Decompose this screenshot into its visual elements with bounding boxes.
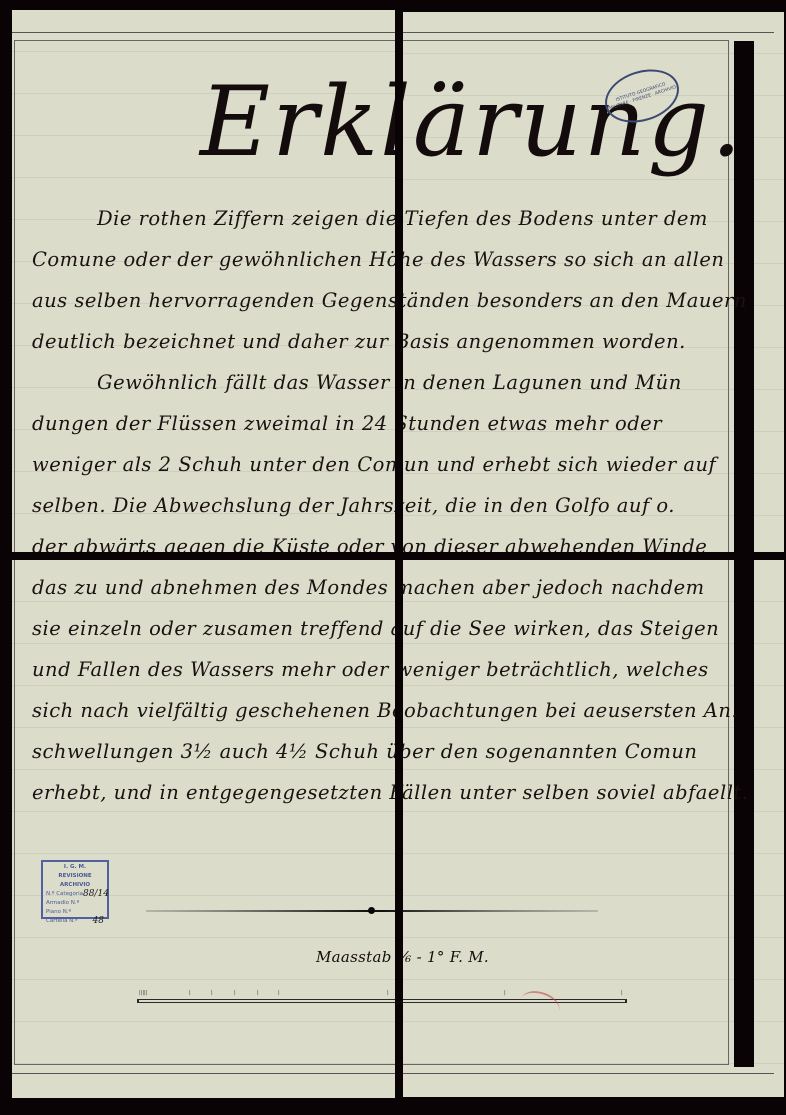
stamp-row-armadio: Armadio N.º — [46, 899, 104, 908]
text-line: der abwärts gegen die Küste oder von die… — [32, 526, 732, 567]
stamp-row-value: 88/14 — [83, 890, 109, 899]
text-line: das zu und abnehmen des Mondes machen ab… — [32, 567, 732, 608]
text-line: aus selben hervorragenden Gegenständen b… — [32, 280, 732, 321]
text-line: weniger als 2 Schuh unter den Comun und … — [32, 444, 732, 485]
ornamental-divider — [146, 909, 598, 913]
text-line: sie einzeln oder zusamen treffend auf di… — [32, 608, 732, 649]
text-line: deutlich bezeichnet und daher zur Basis … — [32, 321, 732, 362]
stamp-row-categoria: N.º Categoria 88/14 — [46, 890, 104, 899]
paragraph-2: Gewöhnlich fällt das Wasser in denen Lag… — [32, 362, 732, 813]
text-line: erhebt, und in entgegengesetzten Fällen … — [32, 772, 732, 813]
stamp-subheader: REVISIONE ARCHIVIO — [46, 872, 104, 890]
text-line: Die rothen Ziffern zeigen die Tiefen des… — [32, 198, 732, 239]
text-line: schwellungen 3½ auch 4½ Schuh über den s… — [32, 731, 732, 772]
horizontal-fold-gap — [0, 552, 786, 560]
divider-dot — [368, 907, 375, 914]
stamp-row-label: Cartella N.º — [46, 917, 78, 926]
stamp-row-label: Piano N.º — [46, 908, 71, 917]
archive-revision-stamp: I. G. M. REVISIONE ARCHIVIO N.º Categori… — [41, 860, 109, 919]
oval-stamp-text: ISTITUTO GEOGRAFICO MILITARE · FIRENZE ·… — [606, 79, 678, 113]
stamp-row-cartella: Cartella N.º 48 — [46, 917, 104, 926]
text-line: Gewöhnlich fällt das Wasser in denen Lag… — [32, 362, 732, 403]
text-line: sich nach vielfältig geschehenen Beobach… — [32, 690, 732, 731]
legend-text: Die rothen Ziffern zeigen die Tiefen des… — [32, 198, 732, 813]
stamp-row-value: 48 — [93, 917, 104, 926]
stamp-header: I. G. M. — [46, 863, 104, 872]
stamp-row-label: Armadio N.º — [46, 899, 79, 908]
text-line: und Fallen des Wassers mehr oder weniger… — [32, 649, 732, 690]
text-line: selben. Die Abwechslung der Jahrszeit, d… — [32, 485, 732, 526]
paragraph-1: Die rothen Ziffern zeigen die Tiefen des… — [32, 198, 732, 362]
text-line: dungen der Flüssen zweimal in 24 Stunden… — [32, 403, 732, 444]
text-line: Comune oder der gewöhnlichen Höhe des Wa… — [32, 239, 732, 280]
stamp-row-label: N.º Categoria — [46, 890, 83, 899]
